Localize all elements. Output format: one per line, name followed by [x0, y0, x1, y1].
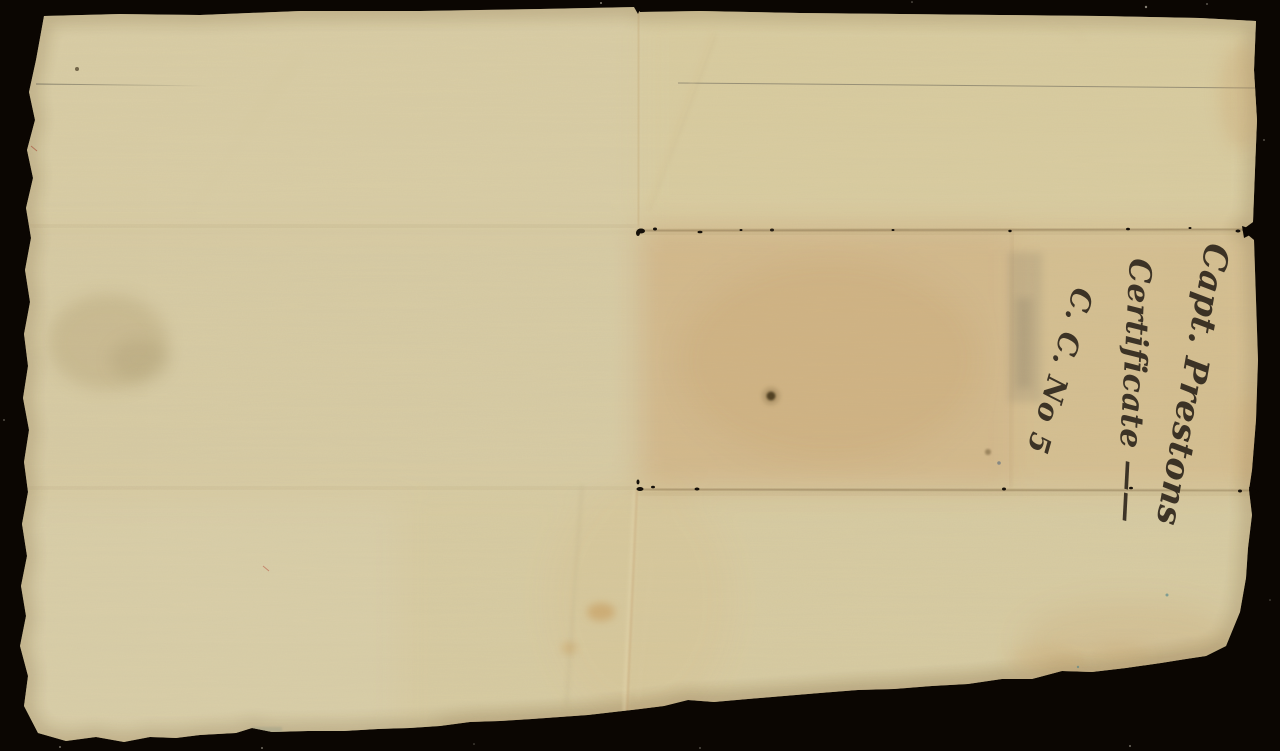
- dust-speck: [911, 1, 913, 3]
- crease-speck: [1008, 230, 1011, 232]
- speck-top-left: [75, 67, 79, 71]
- crease-speck: [637, 487, 644, 491]
- dust-speck: [473, 743, 475, 745]
- ink-offset-smudge-core: [1016, 298, 1032, 388]
- crease-speck: [1236, 230, 1241, 233]
- dust-speck: [1145, 6, 1147, 8]
- crease-speck: [1189, 227, 1192, 229]
- dust-speck: [699, 747, 701, 749]
- crease-speck: [651, 486, 655, 489]
- dust-speck: [59, 746, 61, 748]
- crease-speck: [698, 231, 703, 234]
- document-scan-stage: Capt. Prestons Certificate —— C. C. No 5: [0, 0, 1280, 751]
- spot-small-blue: [997, 461, 1001, 465]
- dust-speck: [600, 2, 602, 4]
- stain-bottom-orange: [587, 603, 615, 621]
- dust-speck: [261, 747, 263, 749]
- dust-speck: [3, 419, 5, 421]
- crease-speck: [1238, 490, 1242, 493]
- stain-tear-edge: [1008, 646, 1088, 674]
- dust-speck: [1129, 745, 1131, 747]
- stain-left-olive-core: [110, 338, 170, 382]
- paper-grain-texture: [0, 0, 1280, 751]
- crease-speck: [770, 229, 774, 232]
- crease-speck: [740, 229, 743, 231]
- dust-speck: [1263, 139, 1265, 141]
- crease-speck: [653, 228, 657, 231]
- crease-speck: [1002, 488, 1006, 491]
- crease-speck: [637, 480, 640, 485]
- crease-upper-left-shadow: [24, 231, 637, 233]
- stain-bottom-orange-small: [561, 642, 577, 654]
- crease-speck: [1126, 228, 1130, 231]
- crease-upper-right-shadow: [637, 232, 1253, 234]
- dust-speck: [1206, 3, 1208, 5]
- spot-dark: [767, 392, 776, 401]
- teal-speck: [1166, 594, 1169, 597]
- dust-speck: [1269, 599, 1271, 601]
- spot-small-brown: [985, 449, 991, 455]
- stain-tear-edge-2: [1090, 642, 1150, 662]
- fold-vertical-top: [638, 10, 639, 226]
- scanned-document: Capt. Prestons Certificate —— C. C. No 5: [0, 0, 1280, 751]
- teal-speck-2: [1077, 666, 1079, 668]
- crease-speck: [892, 229, 895, 231]
- paper-surface: Capt. Prestons Certificate —— C. C. No 5: [0, 0, 1280, 751]
- crease-speck: [695, 488, 700, 491]
- crease-speck: [636, 230, 640, 236]
